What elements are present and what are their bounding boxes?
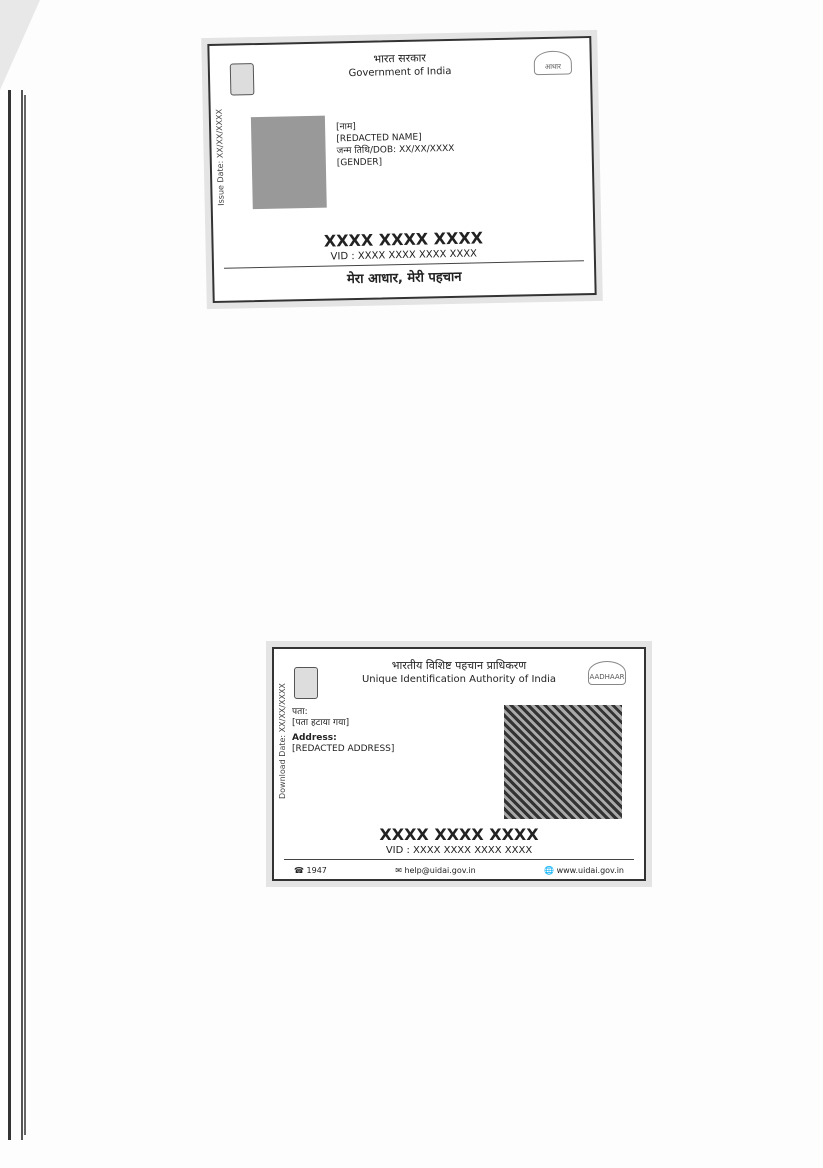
address-label: Address: (292, 733, 497, 744)
holder-gender: [GENDER] (337, 155, 455, 169)
emblem-icon (294, 667, 318, 699)
address-text: [REDACTED ADDRESS] (292, 744, 497, 755)
phone-icon: ☎ 1947 (294, 866, 327, 875)
id-card-back: AADHAAR भारतीय विशिष्ट पहचान प्राधिकरण U… (272, 647, 646, 881)
phone-number: 1947 (307, 866, 327, 875)
emblem-icon (230, 63, 255, 95)
email-address: help@uidai.gov.in (404, 866, 475, 875)
scan-edge (8, 90, 23, 1140)
email-icon: ✉ help@uidai.gov.in (395, 866, 476, 875)
id-number: XXXX XXXX XXXX (274, 825, 644, 844)
address-label-hindi: पता: (292, 707, 497, 718)
vid-number: VID : XXXX XXXX XXXX XXXX (274, 845, 644, 856)
globe-icon: 🌐 www.uidai.gov.in (544, 866, 624, 875)
scan-edge-line (24, 95, 26, 1135)
address-hindi: [पता हटाया गया] (292, 718, 497, 729)
qr-code-placeholder (504, 705, 622, 819)
page-fold (0, 0, 40, 90)
holder-info: [नाम] [REDACTED NAME] जन्म तिथि/DOB: XX/… (336, 119, 455, 169)
website: www.uidai.gov.in (557, 866, 624, 875)
divider (284, 859, 634, 860)
address-block: पता: [पता हटाया गया] Address: [REDACTED … (292, 707, 497, 755)
tagline: मेरा आधार, मेरी पहचान (214, 264, 594, 290)
download-date: Download Date: XX/XX/XXXX (278, 683, 287, 799)
id-card-front: आधार भारत सरकार Government of India Issu… (207, 36, 596, 303)
contact-bar: ☎ 1947 ✉ help@uidai.gov.in 🌐 www.uidai.g… (294, 866, 624, 875)
id-logo-icon: AADHAAR (588, 661, 626, 685)
holder-dob: जन्म तिथि/DOB: XX/XX/XXXX (336, 143, 454, 157)
id-logo-icon: आधार (534, 50, 572, 75)
photo-placeholder (251, 116, 327, 210)
issue-date: Issue Date: XX/XX/XXXX (215, 109, 226, 206)
